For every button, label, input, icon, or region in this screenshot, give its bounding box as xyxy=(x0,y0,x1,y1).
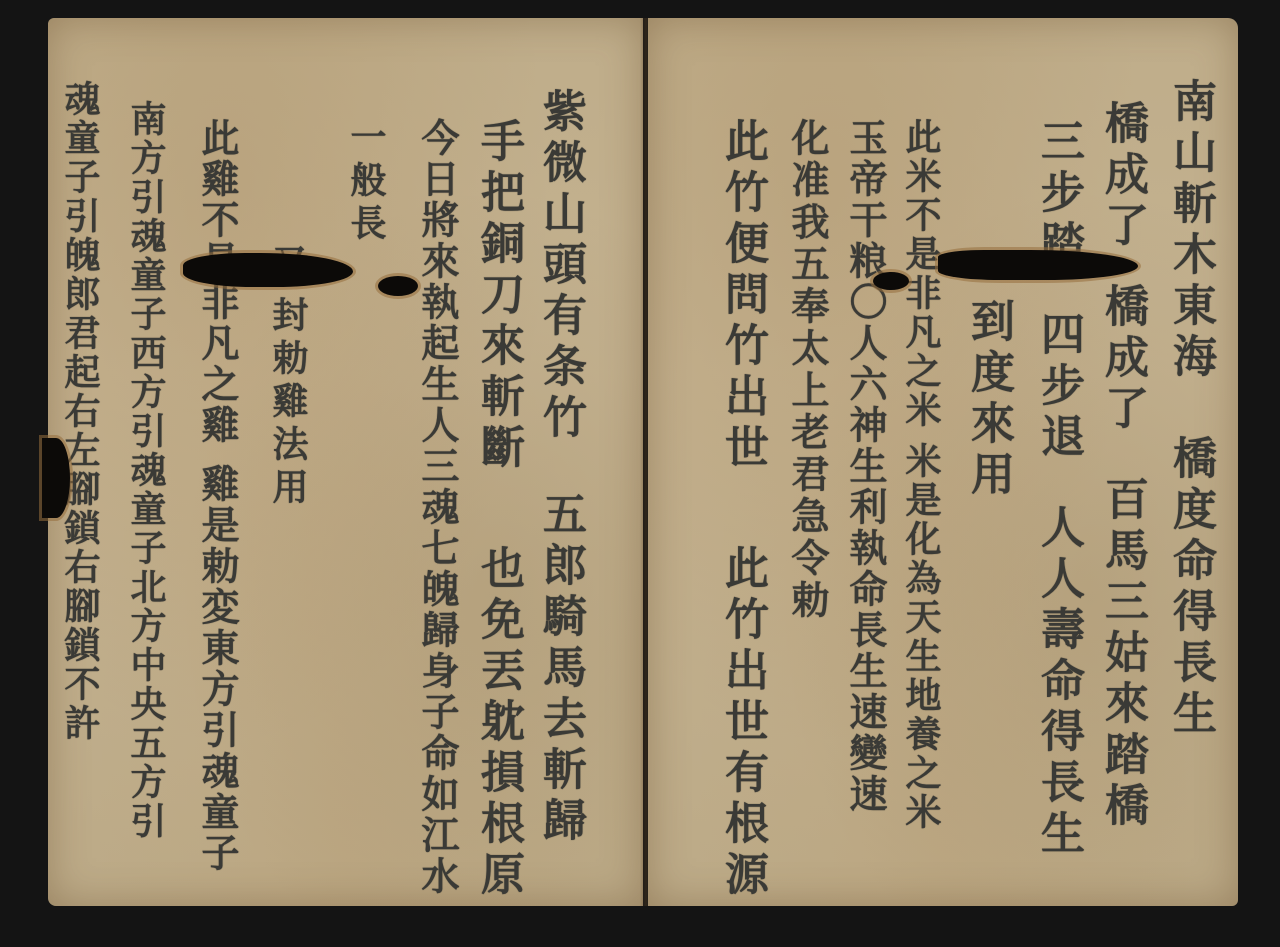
manuscript-column-l8: 魂童子引魄郎君起右左腳鎖右腳鎖不許 xyxy=(62,80,98,743)
manuscript-column-r4: 到度來用 xyxy=(966,298,1010,502)
text-segment: 也免丟躭損根原 xyxy=(476,545,520,902)
right-page: 南山斬木東海𡼄橋度命得長生 橋成了橋成了百馬三姑來踏橋 三步踏四步退人人壽命得長… xyxy=(648,18,1238,906)
text-segment: 此米不是非凡之米 xyxy=(903,118,939,430)
manuscript-column-l2: 手把銅刀來斬斷也免丟躭損根原 xyxy=(476,118,520,902)
text-segment: 今日將來執起生人三魂七魄歸身子命如江水 xyxy=(418,118,456,897)
text-segment: 紫微山頭有条竹 xyxy=(538,88,582,445)
text-segment: 化准我五奉太上老君急令勅 xyxy=(788,118,826,622)
text-segment: 橋成了 xyxy=(1100,283,1144,436)
text-segment: 玉帝干粮〇人六神生利執命長生速變速 xyxy=(846,118,884,815)
burn-hole-small-right xyxy=(873,272,909,290)
burn-hole-center-left xyxy=(183,253,353,287)
text-segment: 南方引魂童子西方引魂童子北方中央五方引 xyxy=(128,100,164,841)
text-segment: 人人壽命得長生 xyxy=(1036,504,1080,861)
text-segment: 三步踏 xyxy=(1036,118,1080,271)
burn-hole-center-right xyxy=(938,250,1138,280)
left-page: 紫微山頭有条竹五郎騎馬去斬歸 手把銅刀來斬斷也免丟躭損根原 今日將來執起生人三魂… xyxy=(48,18,643,906)
text-segment: 五郎騎馬去斬歸 xyxy=(538,491,582,848)
manuscript-column-r5: 此米不是非凡之米米是化為天生地養之米 xyxy=(903,118,939,832)
text-segment: 魂童子 xyxy=(62,80,98,197)
text-segment: 度來用 xyxy=(966,349,1010,502)
manuscript-column-r1: 南山斬木東海𡼄橋度命得長生 xyxy=(1168,78,1212,741)
manuscript-column-r7: 化准我五奉太上老君急令勅 xyxy=(788,118,826,622)
text-segment: 雞是勅変東方引魂童子 xyxy=(198,464,236,874)
text-segment: 四步退 xyxy=(1036,311,1080,464)
manuscript-column-l1: 紫微山頭有条竹五郎騎馬去斬歸 xyxy=(538,88,582,848)
manuscript-column-r6: 玉帝干粮〇人六神生利執命長生速變速 xyxy=(846,118,884,815)
manuscript-column-l3: 今日將來執起生人三魂七魄歸身子命如江水 xyxy=(418,118,456,897)
text-segment: 此竹出世有根源 xyxy=(720,545,764,902)
text-segment: 手把銅刀來斬斷 xyxy=(476,118,520,475)
manuscript-column-l6: 此雞不是非凡之雞雞是勅変東方引魂童子 xyxy=(198,118,236,874)
manuscript-column-l7: 南方引魂童子西方引魂童子北方中央五方引 xyxy=(128,100,164,841)
text-segment: 到 xyxy=(966,298,1010,349)
text-segment: 橋度命得長生 xyxy=(1168,435,1212,741)
manuscript-column-r2: 橋成了橋成了百馬三姑來踏橋 xyxy=(1100,100,1144,833)
text-segment: 南山斬木東海 xyxy=(1168,78,1212,384)
text-segment: 米是化為天生地養之米 xyxy=(903,442,939,832)
text-segment: 百馬三姑來踏橋 xyxy=(1100,476,1144,833)
manuscript-spread: 紫微山頭有条竹五郎騎馬去斬歸 手把銅刀來斬斷也免丟躭損根原 今日將來執起生人三魂… xyxy=(48,18,1238,906)
text-segment: 此竹便問竹出世 xyxy=(720,118,764,475)
text-segment: 𡼄 xyxy=(1168,384,1212,435)
text-segment: 封勅雞法用 xyxy=(270,296,306,511)
text-segment: 橋成了 xyxy=(1100,100,1144,253)
manuscript-column-r8: 此竹便問竹出世此竹出世有根源 xyxy=(720,118,764,902)
torn-edge-left-margin xyxy=(42,438,70,518)
text-segment: 一般長 xyxy=(348,118,384,247)
manuscript-column-r3: 三步踏四步退人人壽命得長生 xyxy=(1036,118,1080,861)
manuscript-column-l4: 一般長 xyxy=(348,118,384,247)
burn-hole-gutter-left xyxy=(378,276,418,296)
